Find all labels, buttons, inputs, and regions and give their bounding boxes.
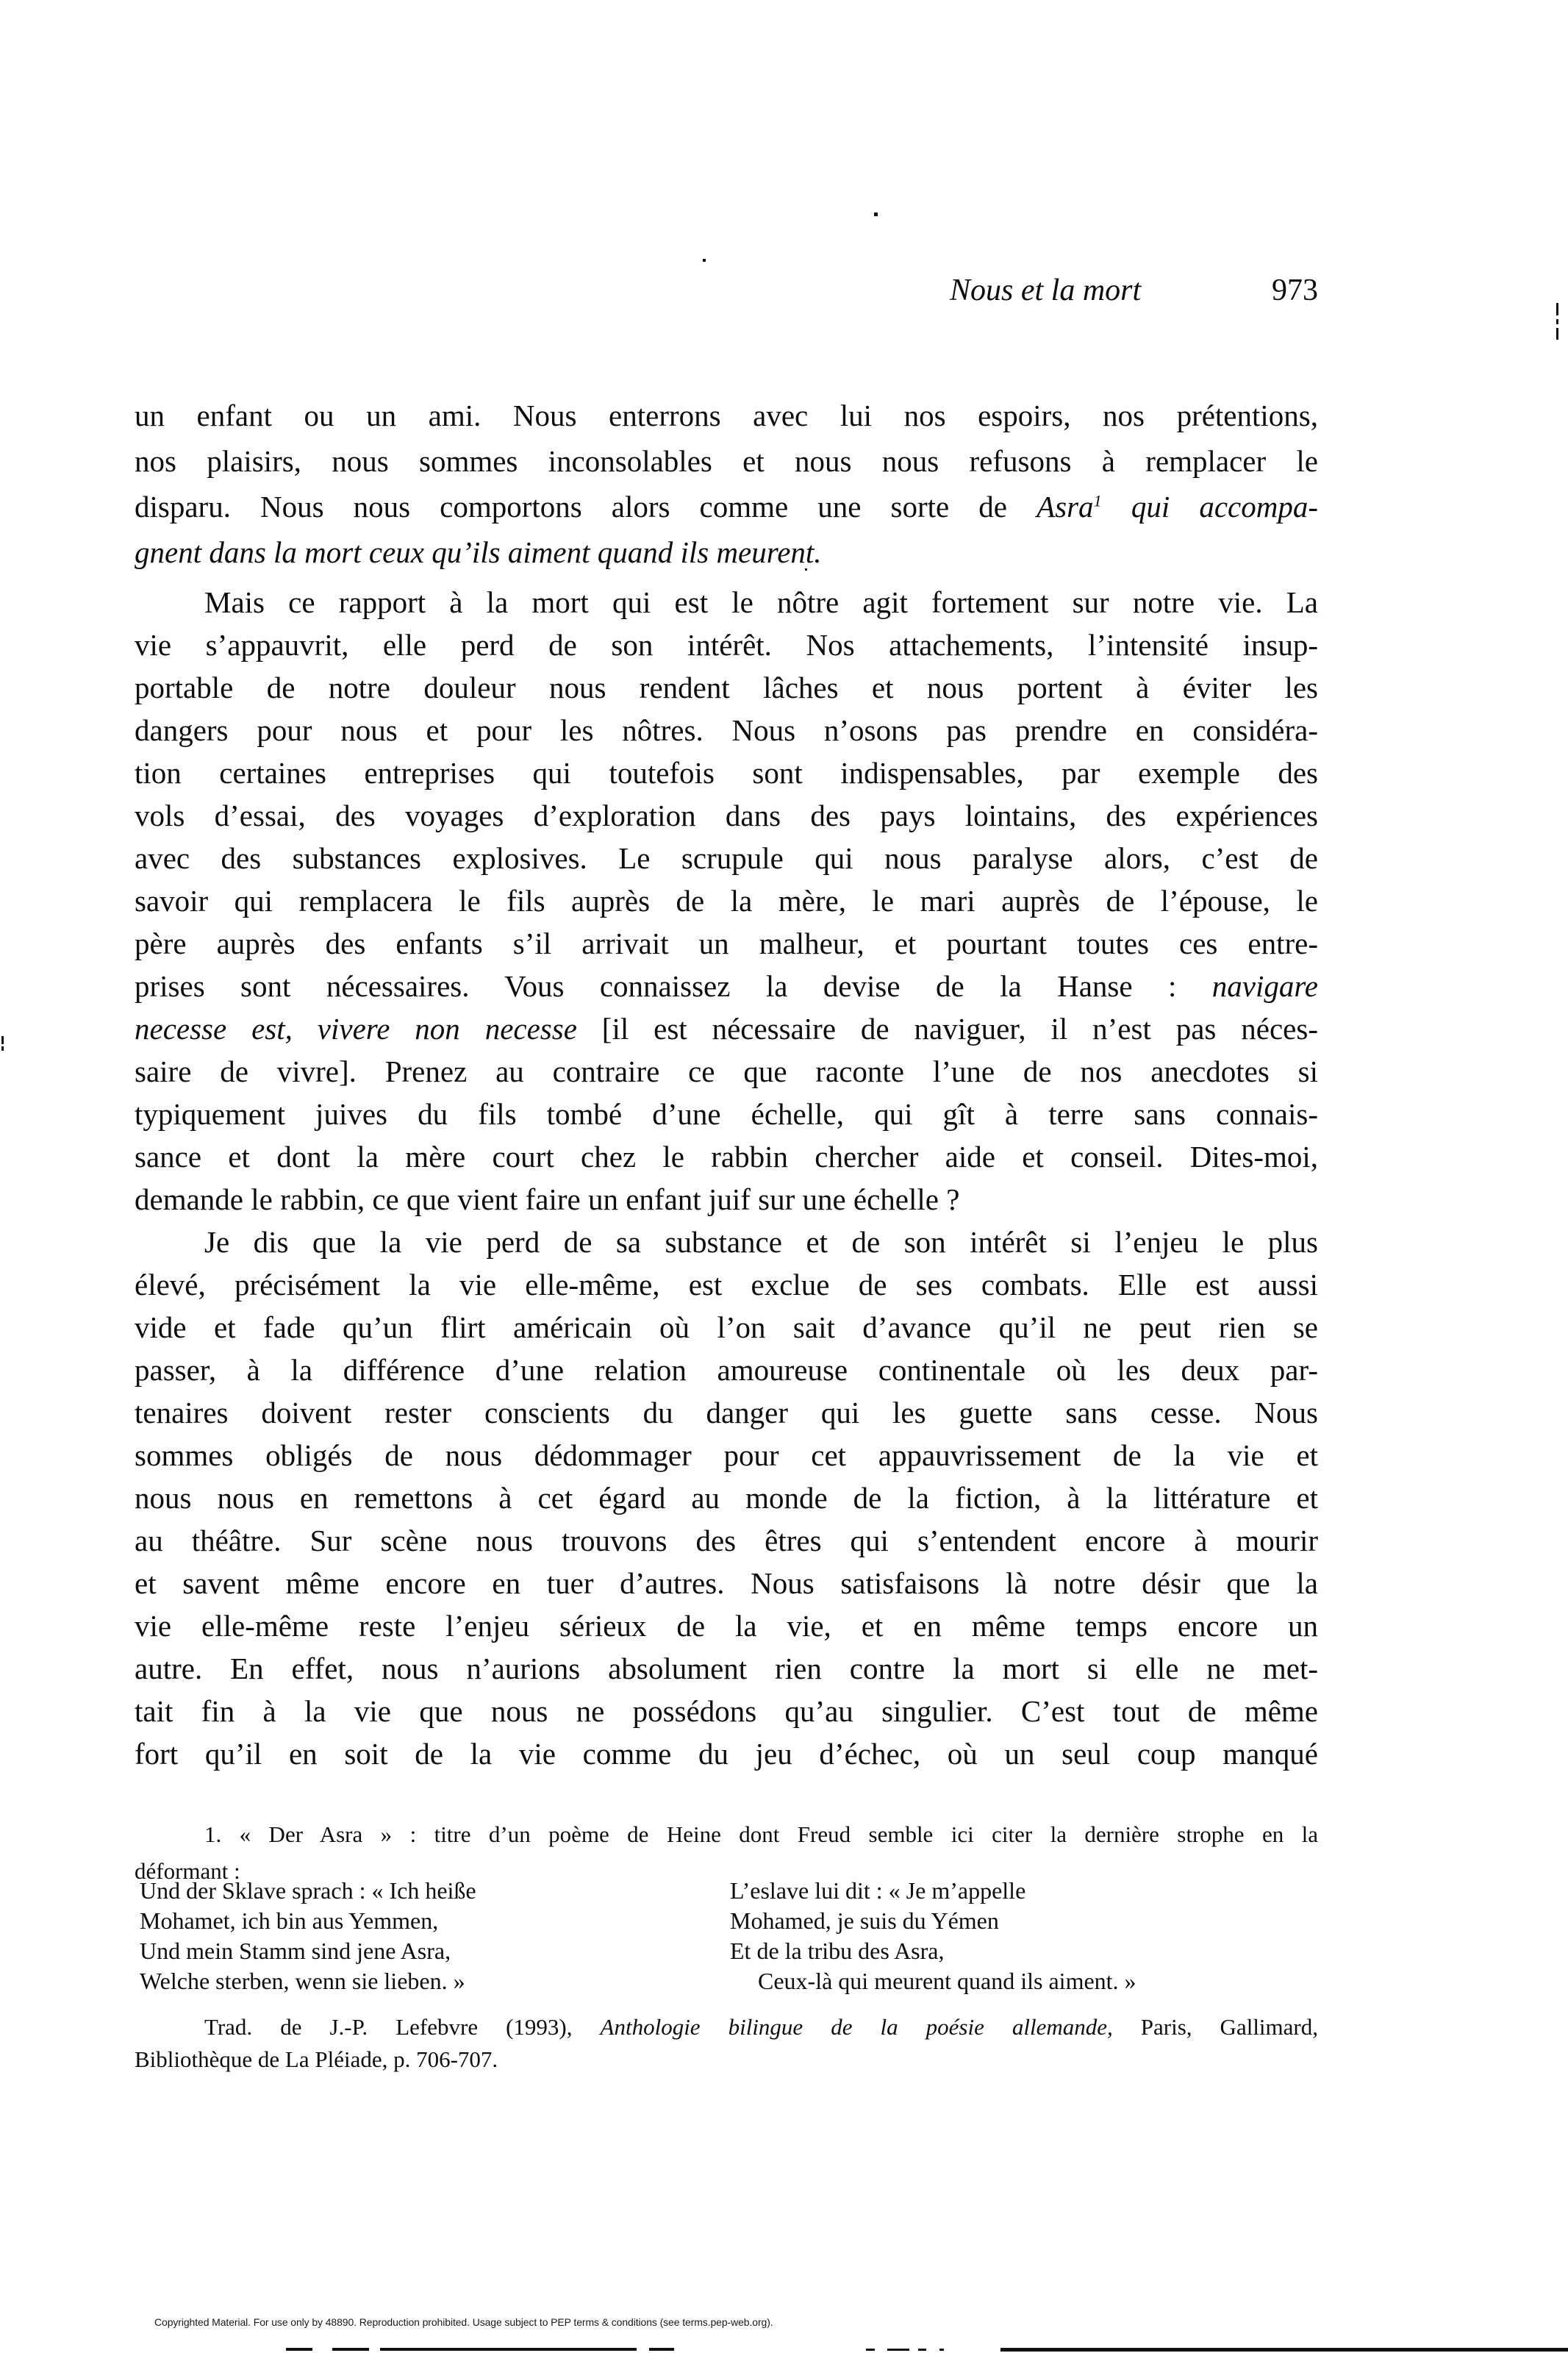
footnote-poem-french: L’eslave lui dit : « Je m’appelleMohamed… xyxy=(730,1876,1245,1996)
text-line: prises sont nécessaires. Vous connaissez… xyxy=(135,965,1318,1007)
text-line: gnent dans la mort ceux qu’ils aiment qu… xyxy=(135,529,1318,575)
paragraph-mais-ce-rapport: Mais ce rapport à la mort qui est le nôt… xyxy=(135,581,1318,1221)
text-line: demande le rabbin, ce que vient faire un… xyxy=(135,1178,1318,1221)
text-line: tait fin à la vie que nous ne possédons … xyxy=(135,1690,1318,1732)
poem-line: Mohamed, je suis du Yémen xyxy=(730,1906,1245,1936)
text-line: sommes obligés de nous dédommager pour c… xyxy=(135,1434,1318,1477)
text-line: necesse est, vivere non necesse [il est … xyxy=(135,1007,1318,1050)
scan-speck xyxy=(805,568,807,571)
scan-edge-speck xyxy=(918,2349,926,2351)
text-line: sance et dont la mère court chez le rabb… xyxy=(135,1135,1318,1178)
poem-line: Und mein Stamm sind jene Asra, xyxy=(140,1936,654,1966)
text-line: nous nous en remettons à cet égard au mo… xyxy=(135,1477,1318,1519)
text-line: saire de vivre]. Prenez au contraire ce … xyxy=(135,1050,1318,1093)
text-line: vie elle-même reste l’enjeu sérieux de l… xyxy=(135,1604,1318,1647)
copyright-line: Copyrighted Material. For use only by 48… xyxy=(154,2316,773,2328)
text-line: avec des substances explosives. Le scrup… xyxy=(135,837,1318,879)
text-line: nos plaisirs, nous sommes inconsolables … xyxy=(135,438,1318,484)
scan-margin-dash xyxy=(1556,328,1558,340)
scan-speck xyxy=(703,259,706,262)
text-line: un enfant ou un ami. Nous enterrons avec… xyxy=(135,393,1318,438)
footnote-poem-german: Und der Sklave sprach : « Ich heißeMoham… xyxy=(140,1876,654,1996)
poem-line: Ceux-là qui meurent quand ils aiment. » xyxy=(758,1966,1245,1996)
text-line: tion certaines entreprises qui toutefois… xyxy=(135,751,1318,794)
scan-edge-speck xyxy=(939,2349,944,2351)
scan-edge-line xyxy=(1000,2348,1568,2352)
scan-margin-dash xyxy=(1,1046,4,1051)
text-line: Bibliothèque de La Pléiade, p. 706-707. xyxy=(135,2043,1318,2076)
text-line: vie s’appauvrit, elle perd de son intérê… xyxy=(135,624,1318,666)
scan-edge-line xyxy=(332,2348,369,2351)
text-line: portable de notre douleur nous rendent l… xyxy=(135,666,1318,709)
scan-edge-speck xyxy=(887,2349,909,2351)
poem-line: Welche sterben, wenn sie lieben. » xyxy=(140,1966,654,1996)
text-line: 1. « Der Asra » : titre d’un poème de He… xyxy=(135,1816,1318,1853)
text-line: passer, à la différence d’une relation a… xyxy=(135,1349,1318,1391)
text-line: fort qu’il en soit de la vie comme du je… xyxy=(135,1732,1318,1775)
scan-edge-line xyxy=(380,2348,637,2351)
text-line: élevé, précisément la vie elle-même, est… xyxy=(135,1263,1318,1306)
text-line: Mais ce rapport à la mort qui est le nôt… xyxy=(135,581,1318,624)
book-page-scan: Nous et la mort 973 un enfant ou un ami.… xyxy=(0,0,1568,2353)
text-line: Trad. de J.-P. Lefebvre (1993), Antholog… xyxy=(135,2011,1318,2043)
text-line: autre. En effet, nous n’aurions absolume… xyxy=(135,1647,1318,1690)
text-line: au théâtre. Sur scène nous trouvons des … xyxy=(135,1519,1318,1562)
page-number: 973 xyxy=(1237,272,1318,309)
poem-line: Und der Sklave sprach : « Ich heiße xyxy=(140,1876,654,1906)
poem-line: L’eslave lui dit : « Je m’appelle xyxy=(730,1876,1245,1906)
scan-margin-dash xyxy=(1556,303,1558,315)
text-line: Je dis que la vie perd de sa substance e… xyxy=(135,1221,1318,1263)
running-head-title: Nous et la mort xyxy=(950,272,1141,309)
text-line: tenaires doivent rester conscients du da… xyxy=(135,1391,1318,1434)
text-line: vide et fade qu’un flirt américain où l’… xyxy=(135,1306,1318,1349)
paragraph-continuation: un enfant ou un ami. Nous enterrons avec… xyxy=(135,393,1318,575)
text-line: vols d’essai, des voyages d’exploration … xyxy=(135,794,1318,837)
paragraph-je-dis-que: Je dis que la vie perd de sa substance e… xyxy=(135,1221,1318,1775)
text-line: typiquement juives du fils tombé d’une é… xyxy=(135,1093,1318,1135)
text-line: et savent même encore en tuer d’autres. … xyxy=(135,1562,1318,1604)
scan-margin-dash xyxy=(1,1036,4,1044)
scan-edge-line xyxy=(649,2348,674,2351)
text-line: dangers pour nous et pour les nôtres. No… xyxy=(135,709,1318,751)
footnote-source-citation: Trad. de J.-P. Lefebvre (1993), Antholog… xyxy=(135,2011,1318,2076)
scan-speck xyxy=(874,213,878,216)
text-line: père auprès des enfants s’il arrivait un… xyxy=(135,922,1318,965)
scan-edge-speck xyxy=(866,2349,875,2351)
text-line: savoir qui remplacera le fils auprès de … xyxy=(135,879,1318,922)
scan-edge-line xyxy=(286,2348,312,2351)
poem-line: Mohamet, ich bin aus Yemmen, xyxy=(140,1906,654,1936)
scan-margin-dash xyxy=(1556,319,1558,324)
text-line: disparu. Nous nous comportons alors comm… xyxy=(135,484,1318,529)
poem-line: Et de la tribu des Asra, xyxy=(730,1936,1245,1966)
